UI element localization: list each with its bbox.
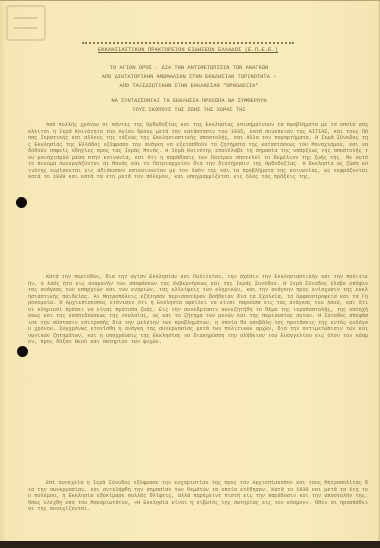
body-paragraph-2: Κατά την περίοδον, δια την αγίαν Εκκλησί… xyxy=(28,274,368,472)
subheading-1-line-1: ΤΟ ΑΓΙΟΝ ΟΡΟΣ · ΔΙΑ ΤΗΝ ΑΝΤΙΜΕΤΩΠΙΣΙΝ ΤΩ… xyxy=(86,65,292,72)
subheading-2-line-2: ΤΟΥΣ ΣΚΟΠΟΥΣ ΤΗΣ ΖΩΗΣ ΤΗΣ ΧΩΡΑΣ ΤΗΣ xyxy=(86,107,292,114)
subheading-2-line-1: ΝΑ ΣΥΝΤΑΣΣΟΝΤΑΙ ΤΑ ΕΚΚΛΗΣΙΑ ΠΡΟΣΩΠΑ ΝΑ Σ… xyxy=(86,98,292,105)
document-header-title: ΕΚΚΛΗΣΙΑΣΤΙΚΟΝ ΠΡΑΚΤΟΡΕΙΟΝ ΕΙΔΗΣΕΩΝ ΕΛΛΑ… xyxy=(82,47,294,54)
body-paragraph-3: Επί συνεχεία η Ιερά Σύνοδος εξέφρασε την… xyxy=(28,480,368,534)
subheading-1-line-2: ΑΠΟ ΔΙΚΤΑΤΟΡΙΚΗΝ ΑΝΩΜΑΛΙΑΝ ΣΤΗΝ ΕΚΚΛΗΣΙΑ… xyxy=(86,74,292,81)
punch-hole-bottom xyxy=(17,346,28,357)
document-page: ΕΚΚΛΗΣΙΑΣΤΙΚΟΝ ΠΡΑΚΤΟΡΕΙΟΝ ΕΙΔΗΣΕΩΝ ΕΛΛΑ… xyxy=(0,0,380,541)
body-paragraph-1: Από πολλής χρόνου οι πάντες της Ορθοδοξί… xyxy=(28,122,368,272)
punch-hole-top xyxy=(16,197,27,208)
subheading-1-line-3: ΑΠΟ ΤΑΞΙΔΙΩΤΙΚΗΝ ΣΤΗΝ ΕΚΚΛΗΣΙΑΝ "ΟΡΘΟΔΟΞ… xyxy=(86,83,292,90)
archive-stamp xyxy=(6,5,46,41)
header-dotted-rule xyxy=(82,42,294,44)
